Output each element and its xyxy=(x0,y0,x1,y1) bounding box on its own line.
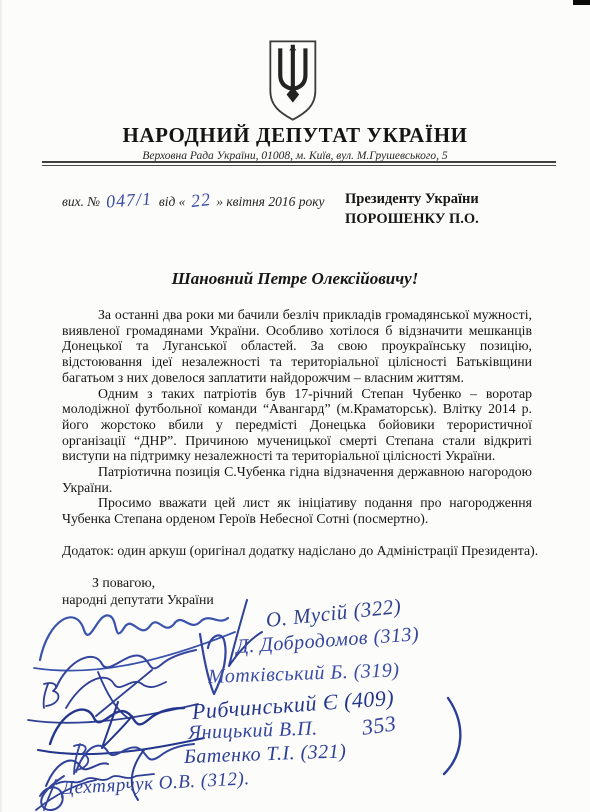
letterhead-title: НАРОДНИЙ ДЕПУТАТ УКРАЇНИ xyxy=(0,123,590,148)
addressee-block: Президенту України ПОРОШЕНКУ П.О. xyxy=(345,189,479,230)
addressee-name: ПОРОШЕНКУ П.О. xyxy=(345,209,479,229)
body-paragraph: Одним з таких патріотів був 17-річний Ст… xyxy=(62,386,532,465)
ref-prefix: вих. № xyxy=(62,194,100,209)
addressee-title: Президенту України xyxy=(345,189,479,209)
scan-corner-artifact xyxy=(573,0,590,5)
ref-number-handwritten: 047/1 xyxy=(106,189,153,210)
body-paragraph: Патріотична позиція С.Чубенка гідна відз… xyxy=(62,464,532,495)
ref-suffix: » квітня 2016 року xyxy=(216,194,324,209)
closing-respect: З повагою, xyxy=(62,575,214,592)
ukraine-trident-emblem-icon xyxy=(266,38,320,124)
ref-middle: від « xyxy=(159,194,186,209)
reference-line: вих. № 047/1 від « 22 » квітня 2016 року xyxy=(62,191,325,210)
ref-day-handwritten: 22 xyxy=(190,190,212,210)
letterhead-divider xyxy=(42,161,556,166)
body-paragraph: За останні два роки ми бачили безліч при… xyxy=(62,307,532,386)
signature-number-yanytskyi: 353 xyxy=(360,710,398,741)
body-paragraph: Просимо вважати цей лист як ініціативу п… xyxy=(62,495,532,526)
salutation: Шановний Петре Олексійовичу! xyxy=(0,269,590,289)
attachment-note: Додаток: один аркуш (оригінал додатку на… xyxy=(62,543,544,559)
scanned-letter-page: НАРОДНИЙ ДЕПУТАТ УКРАЇНИ Верховна Рада У… xyxy=(0,0,590,812)
letter-body: За останні два роки ми бачили безліч при… xyxy=(62,307,532,527)
signature-name-yanytskyi: Яницький В.П. xyxy=(188,717,318,745)
signatures-block: О. Мусій (322) Д. Добродомов (313) Моткі… xyxy=(0,598,590,812)
